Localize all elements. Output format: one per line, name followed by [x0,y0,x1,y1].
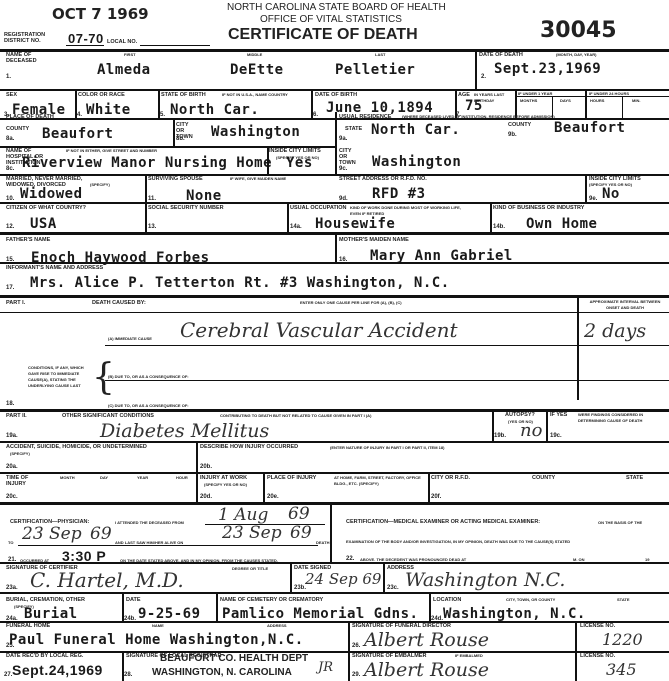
funeral-home-address-label: ADDRESS [267,623,287,629]
rule [0,441,669,443]
attended-to-year: 69 [90,524,112,544]
rule [0,295,669,298]
registration-district-label: REGISTRATION DISTRICT NO. [4,32,44,44]
other-conditions-value: Diabetes Mellitus [100,420,269,442]
divider [145,202,147,232]
surviving-spouse-label: SURVIVING SPOUSE [148,176,203,182]
accident-label: ACCIDENT, SUICIDE, HOMICIDE, OR UNDETERM… [6,444,147,450]
funeral-home-name-label: NAME [152,623,164,629]
usual-residence-note: (WHERE DECEASED LIVED. IF INSTITUTION, R… [402,114,555,120]
rule [0,621,669,623]
rule [0,174,669,176]
item-14a: 14a. [290,224,302,230]
degree-label: DEGREE OR TITLE [232,566,268,572]
last-saw-year: 69 [290,523,312,543]
hospital-inside-city-value: Yes [286,155,313,171]
months-label: MONTHS [520,98,537,104]
fathers-name-label: FATHER'S NAME [6,237,50,243]
immediate-cause-value: Cerebral Vascular Accident [180,318,458,342]
part-2-label: PART II. [6,413,27,419]
if-not-usa-label: IF NOT IN U.S.A., NAME COUNTRY [222,92,292,98]
to-label: TO [8,540,13,546]
sex-label: SEX [6,92,17,98]
rule [0,409,669,412]
rule [0,502,669,505]
divider [173,118,175,146]
item-13: 13. [148,224,156,230]
registration-district-value: 07-70 [68,31,104,46]
race-label: COLOR OR RACE [78,92,125,98]
item-26: 26. [352,643,360,649]
death-county-value: Beaufort [42,126,113,142]
attended-to-value: 23 Sep [22,524,82,544]
item-28: 28. [124,672,132,678]
item-20d: 20d. [200,494,212,500]
cemetery-location-value: Washington, N.C. [443,606,586,622]
divider [216,592,218,621]
autopsy-label: AUTOPSY? [505,412,535,418]
received-date-stamp: OCT 7 1969 [52,5,149,23]
divider [287,202,289,232]
attended-from-value: 1 Aug [218,505,268,525]
rule [0,262,669,264]
divider [585,174,587,202]
place-of-injury-note: AT HOME, FARM, STREET, FACTORY, OFFICE B… [334,475,429,487]
item-29: 29. [352,672,360,678]
residence-inside-city-value: No [602,186,620,202]
item-19c: 19c. [550,433,562,439]
injury-at-work-label: INJURY AT WORK [200,475,247,481]
embalmer-license-value: 345 [606,660,637,679]
date-signed-value: 24 Sep 69 [305,570,381,588]
item-23c: 23c. [387,585,399,591]
divider [490,202,492,232]
embalmer-license-label: LICENSE NO. [580,653,615,659]
first-label: FIRST [124,52,136,58]
item-12: 12. [6,224,14,230]
item-20f: 20f. [431,494,441,500]
disposition-value: Burial [24,606,78,622]
state-of-birth-label: STATE OF BIRTH [161,92,206,98]
day-label: DAY [100,475,108,481]
business-value: Own Home [526,216,597,232]
divider [196,472,198,502]
divider [330,502,332,562]
registrar-initials: JR [318,660,333,675]
divider [577,295,579,400]
item-20b: 20b. [200,464,212,470]
days-label: DAYS [560,98,571,104]
usual-residence-label: USUAL RESIDENCE [339,114,391,120]
residence-state-label: STATE [345,126,362,132]
item-20e: 20e. [267,494,279,500]
injury-note: (ENTER NATURE OF INJURY IN PART I OR PAR… [330,445,444,451]
item-8a: 8a. [6,136,14,142]
rule [0,312,669,313]
me-line-2: EXAMINATION OF THE BODY AND/OR INVESTIGA… [346,539,570,545]
item-20c: 20c. [6,494,18,500]
registrar-stamp-line-2: WASHINGTON, N. CAROLINA [152,667,292,678]
item-17: 17. [6,285,14,291]
min-label: MIN. [632,98,640,104]
findings-label: WERE FINDINGS CONSIDERED IN DETERMINING … [578,412,668,424]
if-yes-label: IF YES [550,412,567,418]
divider [335,232,337,262]
marital-specify-label: (SPECIFY) [90,182,110,188]
citizen-value: USA [30,216,57,232]
part-1-label: PART I. [6,300,25,306]
rule [0,202,669,204]
item-20a: 20a. [6,464,18,470]
death-city-value: Washington [211,124,300,140]
rule [0,472,669,474]
residence-county-label: COUNTY [508,122,531,128]
location-note: CITY, TOWN, OR COUNTY [506,597,555,603]
registrar-stamp-line-1: BEAUFORT CO. HEALTH DEPT [160,653,308,664]
burial-label: BURIAL, CREMATION, OTHER [6,597,85,603]
father-value: Enoch Haywood Forbes [31,250,210,266]
first-name-value: Almeda [97,62,151,78]
divider [335,112,337,174]
divider [383,562,385,592]
attended-label: I ATTENDED THE DECEASED FROM [115,520,184,526]
business-label: KIND OF BUSINESS OR INDUSTRY [493,205,584,211]
rule [0,89,669,91]
cert-me-label: CERTIFICATION—MEDICAL EXAMINER OR ACTING… [346,519,540,525]
residence-state-value: North Car. [371,122,460,138]
location-state-label: STATE [617,597,630,603]
item-18: 18. [6,401,14,407]
location-label: LOCATION [433,597,461,603]
injury-state-label: STATE [626,475,643,481]
rule [0,651,669,653]
interval-value: 2 days [584,320,646,342]
attended-from-year: 69 [288,504,310,524]
marital-status-value: Widowed [20,186,83,202]
burial-date-value: 9-25-69 [138,606,201,622]
cemetery-value: Pamlico Memorial Gdns. [222,606,418,622]
informant-value: Mrs. Alice P. Tetterton Rt. #3 Washingto… [30,275,450,291]
death-county-label: COUNTY [6,126,29,132]
divider [622,96,623,118]
director-license-label: LICENSE NO. [580,623,615,629]
certifier-address-value: Washington N.C. [405,569,565,591]
item-8c: 8c. [6,166,14,172]
occupation-value: Housewife [315,216,395,232]
local-no-underline [140,45,210,46]
date-of-death-value: Sept.23,1969 [494,61,601,77]
hours-label: HOURS [590,98,604,104]
autopsy-value: no [520,420,542,441]
embalmer-signature: Albert Rouse [364,659,489,681]
item-9b: 9b. [508,132,517,138]
agency-line-1: NORTH CAROLINA STATE BOARD OF HEALTH [227,2,446,13]
place-of-injury-label: PLACE OF INJURY [267,475,316,481]
hospital-inside-city-label: INSIDE CITY LIMITS [269,148,321,154]
item-19a: 19a. [6,433,18,439]
month-label: MONTH [60,475,75,481]
divider [196,441,198,472]
street-address-label: STREET ADDRESS OR R.F.D. No. [339,176,427,182]
street-address-value: RFD #3 [372,186,426,202]
time-of-injury-label: TIME OF INJURY [6,475,34,487]
citizen-label: CITIZEN OF WHAT COUNTRY? [6,205,86,211]
hour-label: HOUR [176,475,188,481]
rule [515,96,669,97]
residence-county-value: Beaufort [554,120,625,136]
name-of-deceased-label: NAME OF DECEASED [6,52,46,64]
interval-label: APPROXIMATE INTERVAL BETWEEN ONSET AND D… [585,299,665,311]
certifier-signature: C. Hartel, M.D. [30,568,184,592]
item-19b: 19b. [494,433,506,439]
middle-label: MIDDLE [247,52,262,58]
conditions-label: CONDITIONS, IF ANY, WHICH GAVE RISE TO I… [28,365,84,389]
divider [145,174,147,202]
divider [290,562,292,592]
date-of-death-label: DATE OF DEATH [479,52,523,58]
district-underline [66,45,104,46]
divider [428,472,430,502]
page-title: CERTIFICATE OF DEATH [228,26,418,44]
state-of-birth-value: North Car. [170,102,259,118]
item-9c: 9c. [339,166,347,172]
residence-city-label: CITY OR TOWN [339,148,361,166]
rule [0,592,669,594]
spouse-note: IF WIFE, GIVE MAIDEN NAME [230,176,286,182]
rule [18,545,318,546]
item-2: 2. [481,74,486,80]
divider [263,472,265,502]
death-caused-by-label: DEATH CAUSED BY: [92,300,146,306]
item-1: 1. [6,74,11,80]
me-basis-label: ON THE BASIS OF THE [598,520,642,526]
agency-line-2: OFFICE OF VITAL STATISTICS [260,14,402,25]
item-14b: 14b. [493,224,505,230]
date-of-birth-label: DATE OF BIRTH [315,92,357,98]
item-23a: 23a. [6,585,18,591]
last-saw-value: 23 Sep [222,523,282,543]
director-license-value: 1220 [602,630,643,649]
burial-date-label: DATE [126,597,141,603]
hospital-value: Riverview Manor Nursing Home [22,155,272,171]
city-rfd-label: CITY OR R.F.D. [431,475,470,481]
divider [475,49,477,89]
rule [105,345,669,346]
race-value: White [86,102,131,118]
place-of-death-label: PLACE OF DEATH [6,114,54,120]
divider [585,89,587,118]
one-cause-note: ENTER ONLY ONE CAUSE PER LINE FOR (a), (… [300,300,402,306]
date-received-label: DATE REC'D BY LOCAL REG. [6,653,83,659]
informant-label: INFORMANT'S NAME AND ADDRESS [6,265,103,271]
last-label: LAST [375,52,385,58]
death-label: DEATH [316,540,329,546]
other-conditions-note: CONTRIBUTING TO DEATH BUT NOT RELATED TO… [220,413,371,419]
hospital-note: IF NOT IN EITHER, GIVE STREET AND NUMBER [66,148,157,154]
ssn-label: SOCIAL SECURITY NUMBER [148,205,224,211]
occupation-label: USUAL OCCUPATION [290,205,347,211]
injury-at-work-specify: (SPECIFY YES OR NO) [204,482,247,488]
certificate-number: 30045 [540,18,617,43]
mothers-name-label: MOTHER'S MAIDEN NAME [339,237,409,243]
last-name-value: Pelletier [335,62,415,78]
other-conditions-label: OTHER SIGNIFICANT CONDITIONS [62,413,154,419]
accident-specify-label: (SPECIFY) [10,451,30,457]
rule [0,562,669,564]
age-value: 75 [465,98,483,114]
local-no-label: LOCAL NO. [107,39,137,45]
funeral-home-label: FUNERAL HOME [6,623,50,629]
describe-injury-label: DESCRIBE HOW INJURY OCCURRED [200,444,298,450]
month-day-year-label: (MONTH, DAY, YEAR) [556,52,596,58]
rule [105,380,669,381]
injury-county-label: COUNTY [532,475,555,481]
funeral-home-value: Paul Funeral Home Washington,N.C. [9,632,304,648]
middle-name-value: DeEtte [230,62,284,78]
residence-city-value: Washington [372,154,461,170]
item-8b: 8b. [176,136,185,142]
cemetery-label: NAME OF CEMETERY OR CREMATORY [220,597,323,603]
item-9a: 9a. [339,136,347,142]
date-received-value: Sept.24,1969 [12,662,103,678]
year-label: YEAR [137,475,148,481]
immediate-cause-label: (a) IMMEDIATE CAUSE [108,336,152,342]
funeral-director-signature: Albert Rouse [364,629,489,651]
divider [546,409,548,441]
